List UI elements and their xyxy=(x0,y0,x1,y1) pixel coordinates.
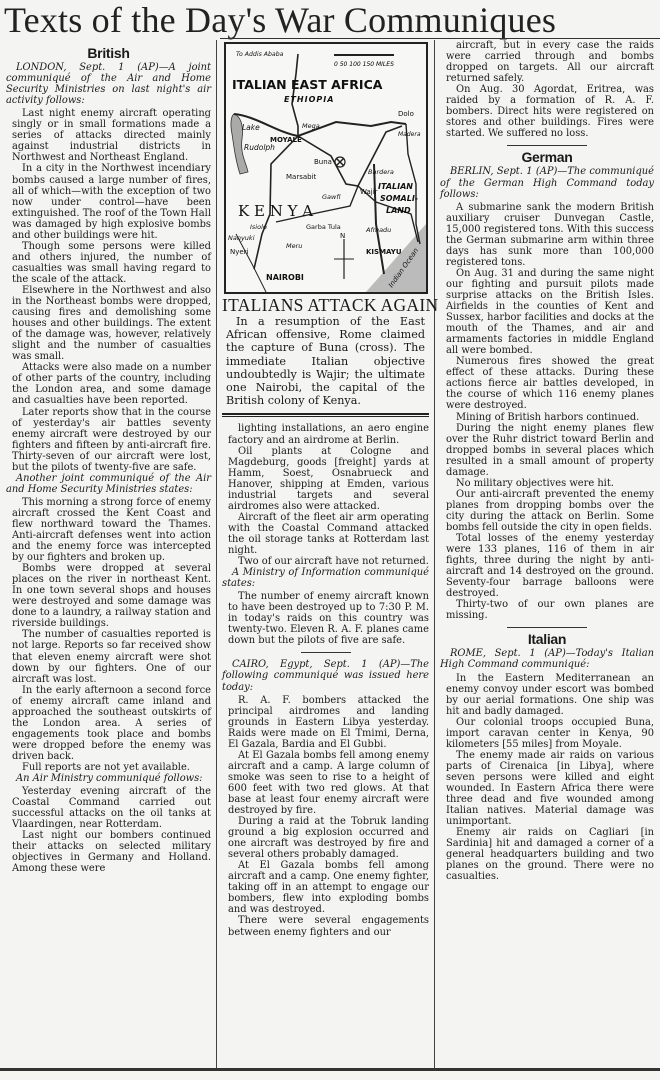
paragraph: This morning a strong force of enemy air… xyxy=(6,497,211,563)
intro-ministry-information: A Ministry of Information communiqué sta… xyxy=(222,567,429,589)
svg-text:Garba Tula: Garba Tula xyxy=(306,223,341,231)
section-heading-italian: Italian xyxy=(440,634,654,645)
map-graphic: 0 50 100 150 MILES To Addis Ababa ITALIA… xyxy=(226,44,426,292)
svg-text:NAIROBI: NAIROBI xyxy=(266,273,304,282)
paragraph: In the Eastern Mediterranean an enemy co… xyxy=(440,673,654,717)
svg-text:0 50 100 150 MILES: 0 50 100 150 MILES xyxy=(334,61,394,68)
svg-text:Gawfi: Gawfi xyxy=(322,193,341,201)
svg-text:ITALIAN: ITALIAN xyxy=(378,182,413,191)
svg-text:MOYALE: MOYALE xyxy=(270,136,302,144)
british-paras2: This morning a strong force of enemy air… xyxy=(6,497,211,773)
svg-text:ITALIAN EAST AFRICA: ITALIAN EAST AFRICA xyxy=(232,77,383,92)
short-rule xyxy=(507,627,587,628)
svg-text:SOMALI-: SOMALI- xyxy=(380,194,418,203)
svg-text:Wajir: Wajir xyxy=(360,188,378,196)
map-title: ITALIANS ATTACK AGAIN xyxy=(222,300,429,311)
svg-text:Marsabit: Marsabit xyxy=(286,173,317,181)
svg-text:Lake: Lake xyxy=(242,123,260,132)
svg-text:Madera: Madera xyxy=(398,131,421,138)
paragraph: aircraft, but in every case the raids we… xyxy=(440,40,654,84)
short-rule xyxy=(507,145,587,146)
section-heading-german: German xyxy=(440,152,654,163)
british-continued: lighting installations, an aero engine f… xyxy=(222,423,429,567)
paragraph: At El Gazala bombs fell among enemy airc… xyxy=(222,750,429,816)
svg-text:Afmadu: Afmadu xyxy=(365,226,391,234)
paragraph: Our anti-aircraft prevented the enemy pl… xyxy=(440,489,654,533)
paragraph: lighting installations, an aero engine f… xyxy=(222,423,429,445)
paragraph: The enemy made air raids on various part… xyxy=(440,750,654,827)
paragraph: Attacks were also made on a number of ot… xyxy=(6,362,211,406)
svg-text:ETHIOPIA: ETHIOPIA xyxy=(284,95,334,104)
paragraph: Aircraft of the fleet air arm operating … xyxy=(222,512,429,556)
dateline-london: LONDON, Sept. 1 (AP)—A joint communiqué … xyxy=(6,62,211,106)
svg-text:Nyeri: Nyeri xyxy=(230,248,249,256)
paragraph: In the early afternoon a second force of… xyxy=(6,685,211,762)
column-divider xyxy=(216,40,217,1070)
paragraph: A submarine sank the modern British auxi… xyxy=(440,202,654,268)
dateline-berlin: BERLIN, Sept. 1 (AP)—The communiqué of t… xyxy=(440,166,654,199)
paragraph: During a raid at the Tobruk landing grou… xyxy=(222,816,429,860)
paragraph: Total losses of the enemy yesterday were… xyxy=(440,533,654,599)
page-headline: Texts of the Day's War Communiques xyxy=(0,0,660,40)
section-heading-british: British xyxy=(6,48,211,59)
paragraph: Last night enemy aircraft operating sing… xyxy=(6,108,211,163)
paragraph: Two of our aircraft have not returned. xyxy=(222,556,429,567)
paragraph: Mining of British harbors continued. xyxy=(440,412,654,423)
paragraph: Thirty-two of our own planes are missing… xyxy=(440,599,654,621)
cairo-paras: R. A. F. bombers attacked the principal … xyxy=(222,695,429,938)
column-right: aircraft, but in every case the raids we… xyxy=(440,40,654,882)
british-paras1: Last night enemy aircraft operating sing… xyxy=(6,108,211,473)
paragraph: Our colonial troops occupied Buna, impor… xyxy=(440,717,654,750)
italian-paras: In the Eastern Mediterranean an enemy co… xyxy=(440,673,654,883)
paragraph: The number of enemy aircraft known to ha… xyxy=(222,591,429,646)
svg-text:LAND: LAND xyxy=(386,206,411,215)
column-british: British LONDON, Sept. 1 (AP)—A joint com… xyxy=(6,46,211,874)
svg-text:To Addis Ababa: To Addis Ababa xyxy=(236,51,284,58)
dateline-cairo: CAIRO, Egypt, Sept. 1 (AP)—The following… xyxy=(222,659,429,692)
intro-second-communique: Another joint communiqué of the Air and … xyxy=(6,473,211,495)
header-rule xyxy=(220,38,660,39)
section-rule xyxy=(222,413,429,417)
paragraph: Bombs were dropped at several places on … xyxy=(6,563,211,629)
dateline-rome: ROME, Sept. 1 (AP)—Today's Italian High … xyxy=(440,648,654,670)
svg-text:Bardera: Bardera xyxy=(368,168,394,176)
paragraph: On Aug. 31 and during the same night our… xyxy=(440,268,654,356)
paragraph: Yesterday evening aircraft of the Coasta… xyxy=(6,786,211,830)
intro-air-ministry: An Air Ministry communiqué follows: xyxy=(6,773,211,784)
svg-text:K E N Y A: K E N Y A xyxy=(238,202,313,220)
paragraph: In a city in the Northwest incendiary bo… xyxy=(6,163,211,240)
svg-text:Meru: Meru xyxy=(286,242,302,250)
paragraph: Enemy air raids on Cagliari [in Sardinia… xyxy=(440,827,654,882)
map-italian-east-africa: 0 50 100 150 MILES To Addis Ababa ITALIA… xyxy=(224,42,428,294)
paragraph: During the night enemy planes flew over … xyxy=(440,423,654,478)
svg-text:Nanyuki: Nanyuki xyxy=(228,234,255,242)
paragraph: No military objectives were hit. xyxy=(440,478,654,489)
paragraph: Though some persons were killed and othe… xyxy=(6,241,211,285)
german-paras: A submarine sank the modern British auxi… xyxy=(440,202,654,622)
svg-text:KISMAYU: KISMAYU xyxy=(366,248,402,256)
bottom-rule xyxy=(0,1068,660,1071)
paragraph: On Aug. 30 Agordat, Eritrea, was raided … xyxy=(440,84,654,139)
paragraph: Elsewhere in the Northwest and also in t… xyxy=(6,285,211,362)
paragraph: Last night our bombers continued their a… xyxy=(6,830,211,874)
svg-text:Rudolph: Rudolph xyxy=(244,143,275,152)
paragraph: At El Gazala bombs fell among aircraft a… xyxy=(222,860,429,915)
map-caption: In a resumption of the East African offe… xyxy=(226,315,425,407)
paragraph: Oil plants at Cologne and Magdeburg, goo… xyxy=(222,446,429,512)
paragraph: Numerous fires showed the great effect o… xyxy=(440,356,654,411)
paragraph: R. A. F. bombers attacked the principal … xyxy=(222,695,429,750)
paragraph: Later reports show that in the course of… xyxy=(6,407,211,473)
svg-text:Buna: Buna xyxy=(314,158,332,166)
short-rule xyxy=(301,652,351,653)
paragraph: Full reports are not yet available. xyxy=(6,762,211,773)
paragraph: The number of casualties reported is not… xyxy=(6,629,211,684)
svg-text:N: N xyxy=(340,232,345,240)
column-divider xyxy=(434,40,435,1070)
british-paras3: Yesterday evening aircraft of the Coasta… xyxy=(6,786,211,874)
british-paras4: The number of enemy aircraft known to ha… xyxy=(222,591,429,646)
svg-text:Isiolo: Isiolo xyxy=(250,223,267,231)
cairo-continued: aircraft, but in every case the raids we… xyxy=(440,40,654,139)
svg-text:Dolo: Dolo xyxy=(398,110,414,118)
column-middle: 0 50 100 150 MILES To Addis Ababa ITALIA… xyxy=(222,40,429,938)
paragraph: There were several engagements between e… xyxy=(222,915,429,937)
svg-text:Mega: Mega xyxy=(302,122,320,130)
